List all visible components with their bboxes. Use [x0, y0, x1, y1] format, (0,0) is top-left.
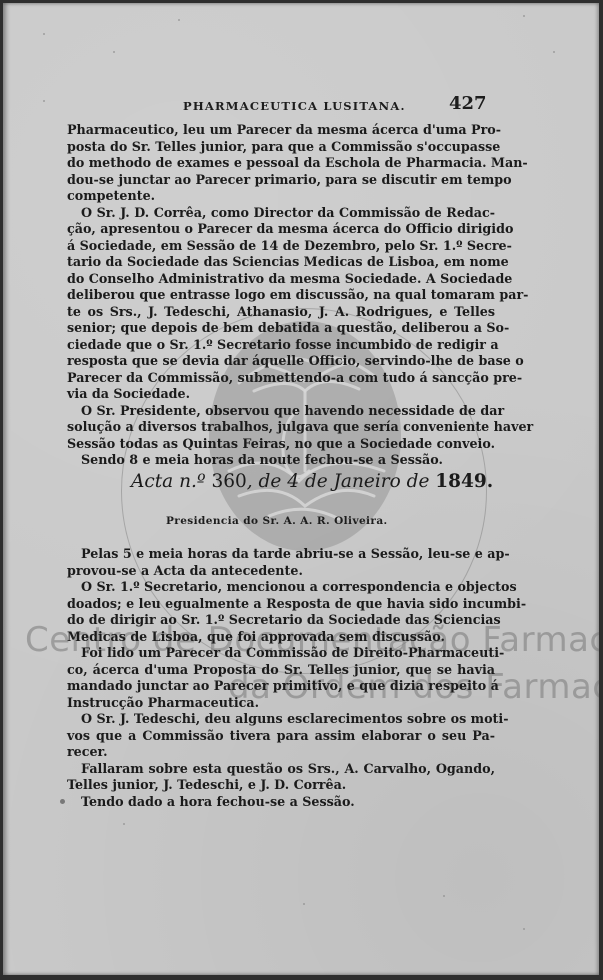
text-line: Tendo dado a hora fechou-se a Sessão. [67, 794, 495, 811]
text-line: te os Srs., J. Tedeschi, Athanasio, J. A… [67, 304, 495, 321]
text-line: provou-se a Acta da antecedente. [67, 563, 495, 580]
text-line: competente. [67, 188, 495, 205]
document-page: Centro de Documentação Farmacêutica da O… [3, 3, 599, 975]
paper-speck [303, 903, 305, 905]
text-line: senior; que depois de bem debatida a que… [67, 320, 495, 337]
paper-speck [523, 928, 525, 930]
text-line: do methodo de exames e pessoal da Eschol… [67, 155, 495, 172]
paper-speck [178, 19, 180, 21]
text-line: á Sociedade, em Sessão de 14 de Dezembro… [67, 238, 495, 255]
text-line: Sessão todas as Quintas Feiras, no que a… [67, 436, 495, 453]
paper-speck [523, 15, 525, 17]
page-number: 427 [449, 93, 487, 114]
paper-speck [553, 51, 555, 53]
text-line: posta do Sr. Telles junior, para que a C… [67, 139, 495, 156]
text-line: Fallaram sobre esta questão os Srs., A. … [67, 761, 495, 778]
text-line: ção, apresentou o Parecer da mesma ácerc… [67, 221, 495, 238]
paper-speck [43, 33, 45, 35]
text-line: solução a diversos trabalhos, julgava qu… [67, 419, 495, 436]
text-block-acta-360: Pelas 5 e meia horas da tarde abriu-se a… [67, 546, 495, 810]
text-line: O Sr. J. D. Corrêa, como Director da Com… [67, 205, 495, 222]
paper-speck [43, 100, 45, 102]
text-line: do Conselho Administrativo da mesma Soci… [67, 271, 495, 288]
text-line: recer. [67, 744, 495, 761]
text-line: vos que a Commissão tivera para assim el… [67, 728, 495, 745]
text-line: Pelas 5 e meia horas da tarde abriu-se a… [67, 546, 495, 563]
acta-suffix: . [487, 471, 493, 492]
text-line: O Sr. 1.º Secretario, mencionou a corres… [67, 579, 495, 596]
acta-year: 1849 [435, 471, 487, 492]
text-line: deliberou que entrasse logo em discussão… [67, 287, 495, 304]
text-line: tario da Sociedade das Sciencias Medicas… [67, 254, 495, 271]
acta-number: 360 [211, 471, 246, 492]
running-header-title: PHARMACEUTICA LUSITANA. [183, 99, 406, 113]
ink-blot [60, 799, 65, 804]
text-line: co, ácerca d'uma Proposta do Sr. Telles … [67, 662, 495, 679]
text-line: doados; e leu egualmente a Resposta de q… [67, 596, 495, 613]
text-line: Foi lido um Parecer da Commissão de Dire… [67, 645, 495, 662]
text-line: mandado junctar ao Parecer primitivo, e … [67, 678, 495, 695]
text-line: O Sr. J. Tedeschi, deu alguns esclarecim… [67, 711, 495, 728]
presidency-line: Presidencia do Sr. A. A. R. Oliveira. [166, 515, 388, 527]
paper-speck [123, 823, 125, 825]
text-line: do de dirigir ao Sr. 1.º Secretario da S… [67, 612, 495, 629]
paper-speck [443, 895, 445, 897]
text-line: Instrucção Pharmaceutica. [67, 695, 495, 712]
acta-heading: Acta n.º 360, de 4 de Janeiro de 1849. [131, 471, 431, 492]
text-line: ciedade que o Sr. 1.º Secretario fosse i… [67, 337, 495, 354]
acta-date: , de 4 de Janeiro de [247, 471, 436, 492]
text-line: resposta que se devia dar áquelle Offici… [67, 353, 495, 370]
text-line: Parecer da Commissão, submettendo-a com … [67, 370, 495, 387]
text-line: Sendo 8 e meia horas da noute fechou-se … [67, 452, 495, 469]
text-line: Telles junior, J. Tedeschi, e J. D. Corr… [67, 777, 495, 794]
paper-speck [113, 51, 115, 53]
text-line: via da Sociedade. [67, 386, 495, 403]
text-line: Medicas de Lisboa, que foi approvada sem… [67, 629, 495, 646]
text-line: dou-se junctar ao Parecer primario, para… [67, 172, 495, 189]
text-block-previous-minutes: Pharmaceutico, leu um Parecer da mesma á… [67, 122, 495, 469]
acta-prefix: Acta n.º [131, 471, 211, 492]
text-line: Pharmaceutico, leu um Parecer da mesma á… [67, 122, 495, 139]
text-line: O Sr. Presidente, observou que havendo n… [67, 403, 495, 420]
